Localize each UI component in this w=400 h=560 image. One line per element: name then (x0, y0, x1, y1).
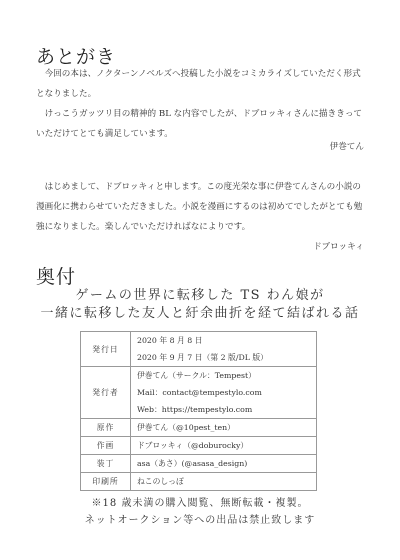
row-key: 装丁 (81, 455, 131, 473)
artist-paragraph-1: はじめまして、ドブロッキィと申します。この度光栄な事に伊巻てんさんの小説の漫画化… (36, 177, 366, 237)
notice: ※18 歳未満の購入閲覧、無断転載・複製。 ネットオークション等への出品は禁止致… (0, 495, 400, 529)
table-row-publisher: 発行者 伊巻てん（サークル：Tempest） Mail：contact@temp… (81, 367, 317, 419)
row-key: 原作 (81, 419, 131, 437)
table-row-original-work: 原作 伊巻てん（@10pest_ten） (81, 419, 317, 437)
book-title-line-1: ゲームの世界に転移した TS わん娘が (0, 284, 400, 303)
row-key: 作画 (81, 437, 131, 455)
row-value: ドブロッキィ（@doburocky） (131, 437, 317, 455)
table-row-publish-date: 発行日 2020 年 8 月 8 日 2020 年 9 月 7 日（第 2 版/… (81, 332, 317, 367)
table-row-design: 装丁 asa（あさ）(@asasa_design) (81, 455, 317, 473)
row-value: 伊巻てん（@10pest_ten） (131, 419, 317, 437)
row-value: asa（あさ）(@asasa_design) (131, 455, 317, 473)
row-key: 発行者 (81, 367, 131, 419)
table-row-printer: 印刷所 ねこのしっぽ (81, 473, 317, 491)
book-title-line-2: 一緒に転移した友人と紆余曲折を経て結ばれる話 (0, 302, 400, 321)
table-row-artist: 作画 ドブロッキィ（@doburocky） (81, 437, 317, 455)
row-value: 2020 年 8 月 8 日 2020 年 9 月 7 日（第 2 版/DL 版… (131, 332, 317, 367)
author-note: 今回の本は、ノクターンノベルズへ投稿した小説をコミカライズしていただく形式となり… (36, 64, 366, 144)
row-key: 印刷所 (81, 473, 131, 491)
notice-line-1: ※18 歳未満の購入閲覧、無断転載・複製。 (0, 495, 400, 512)
author-signature: 伊巻てん (330, 140, 364, 152)
artist-signature: ドブロッキィ (313, 240, 364, 252)
author-paragraph-2: けっこうガッツリ目の精神的 BL な内容でしたが、ドブロッキィさんに描ききってい… (36, 104, 366, 144)
colophon-table: 発行日 2020 年 8 月 8 日 2020 年 9 月 7 日（第 2 版/… (80, 331, 317, 491)
row-value: ねこのしっぽ (131, 473, 317, 491)
notice-line-2: ネットオークション等への出品は禁止致します (0, 512, 400, 529)
row-value: 伊巻てん（サークル：Tempest） Mail：contact@tempesty… (131, 367, 317, 419)
author-paragraph-1: 今回の本は、ノクターンノベルズへ投稿した小説をコミカライズしていただく形式となり… (36, 64, 366, 104)
artist-note: はじめまして、ドブロッキィと申します。この度光栄な事に伊巻てんさんの小説の漫画化… (36, 177, 366, 237)
row-key: 発行日 (81, 332, 131, 367)
